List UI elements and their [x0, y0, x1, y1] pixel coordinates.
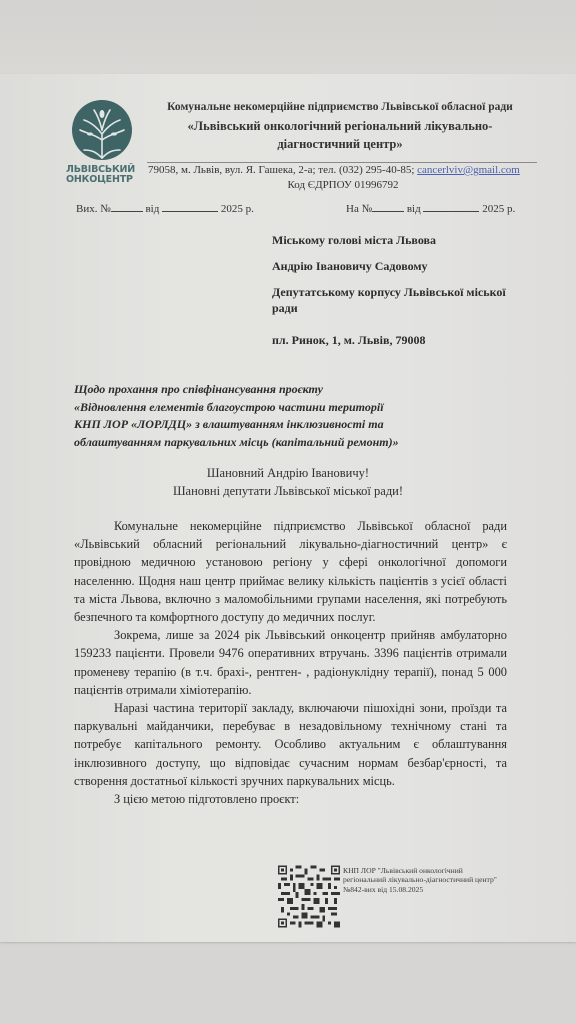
- letter-body: Комунальне некомерційне підприємство Льв…: [74, 517, 507, 808]
- paragraph-1: Комунальне некомерційне підприємство Льв…: [74, 517, 507, 626]
- subject-line2: «Відновлення елементів благоустрою части…: [74, 399, 494, 417]
- subject-line3: КНП ЛОР «ЛОРЛДЦ» з влаштуванням інклюзив…: [74, 416, 494, 434]
- incoming-reference: На № від 2025 р.: [346, 201, 515, 215]
- e-stamp-line3: №842-вих від 15.08.2025: [343, 885, 497, 894]
- email-link[interactable]: cancerlviv@gmail.com: [417, 164, 520, 176]
- paragraph-4: З цією метою підготовлено проєкт:: [74, 790, 507, 808]
- paragraph-3: Наразі частина території закладу, включа…: [74, 699, 507, 790]
- org-name-line1: Комунальне некомерційне підприємство Льв…: [150, 101, 530, 113]
- outgoing-number-label: Вих. №: [76, 203, 111, 215]
- logo: ЛЬВІВСЬКИЙ ОНКОЦЕНТР: [66, 100, 138, 185]
- e-stamp-line2: регіональний лікувально-діагностичний це…: [343, 875, 497, 884]
- qr-code-icon: [278, 865, 340, 928]
- outgoing-reference: Вих. № від 2025 р.: [76, 201, 254, 215]
- subject-line1: Щодо прохання про співфінансування проєк…: [74, 381, 494, 399]
- tree-logo-icon: [72, 100, 132, 160]
- e-stamp-line1: КНП ЛОР "Львівський онкологічний: [343, 866, 497, 875]
- incoming-year: 2025 р.: [482, 203, 515, 215]
- outgoing-year: 2025 р.: [221, 203, 254, 215]
- org-name-line2: «Львівський онкологічний регіональний лі…: [150, 119, 530, 134]
- addressee-council: Депутатському корпусу Львівської міської: [272, 284, 506, 300]
- incoming-date-label: від: [407, 203, 421, 215]
- outgoing-date-blank: [162, 201, 218, 212]
- addressee-name: Андрію Івановичу Садовому: [272, 258, 428, 274]
- greeting-mayor: Шановний Андрію Івановичу!: [0, 466, 576, 481]
- greeting-deputies: Шановні депутати Львівської міської ради…: [0, 484, 576, 499]
- paragraph-2: Зокрема, лише за 2024 рік Львівський онк…: [74, 626, 507, 699]
- addressee-address: пл. Ринок, 1, м. Львів, 79008: [272, 332, 425, 348]
- outgoing-date-label: від: [145, 203, 159, 215]
- addressee-council-cont: ради: [272, 300, 298, 316]
- org-name-line3: діагностичний центр»: [150, 137, 530, 152]
- contact-address: 79058, м. Львів, вул. Я. Гашека, 2-а; те…: [148, 164, 417, 176]
- e-stamp-text: КНП ЛОР "Львівський онкологічний регіона…: [343, 866, 497, 894]
- subject-line4: облаштуванням паркувальних місць (капіта…: [74, 434, 494, 452]
- logo-wordmark: ЛЬВІВСЬКИЙ ОНКОЦЕНТР: [66, 165, 138, 185]
- subject: Щодо прохання про співфінансування проєк…: [74, 381, 494, 451]
- incoming-date-blank: [423, 201, 479, 212]
- logo-text-line2: ОНКОЦЕНТР: [66, 175, 138, 185]
- incoming-number-blank: [372, 201, 404, 212]
- header-divider: [147, 162, 537, 163]
- edrpou-code: Код ЄДРПОУ 01996792: [148, 179, 538, 191]
- contact-line: 79058, м. Львів, вул. Я. Гашека, 2-а; те…: [148, 164, 543, 176]
- incoming-number-label: На №: [346, 203, 372, 215]
- outgoing-number-blank: [111, 201, 143, 212]
- addressee-mayor: Міському голові міста Львова: [272, 232, 436, 248]
